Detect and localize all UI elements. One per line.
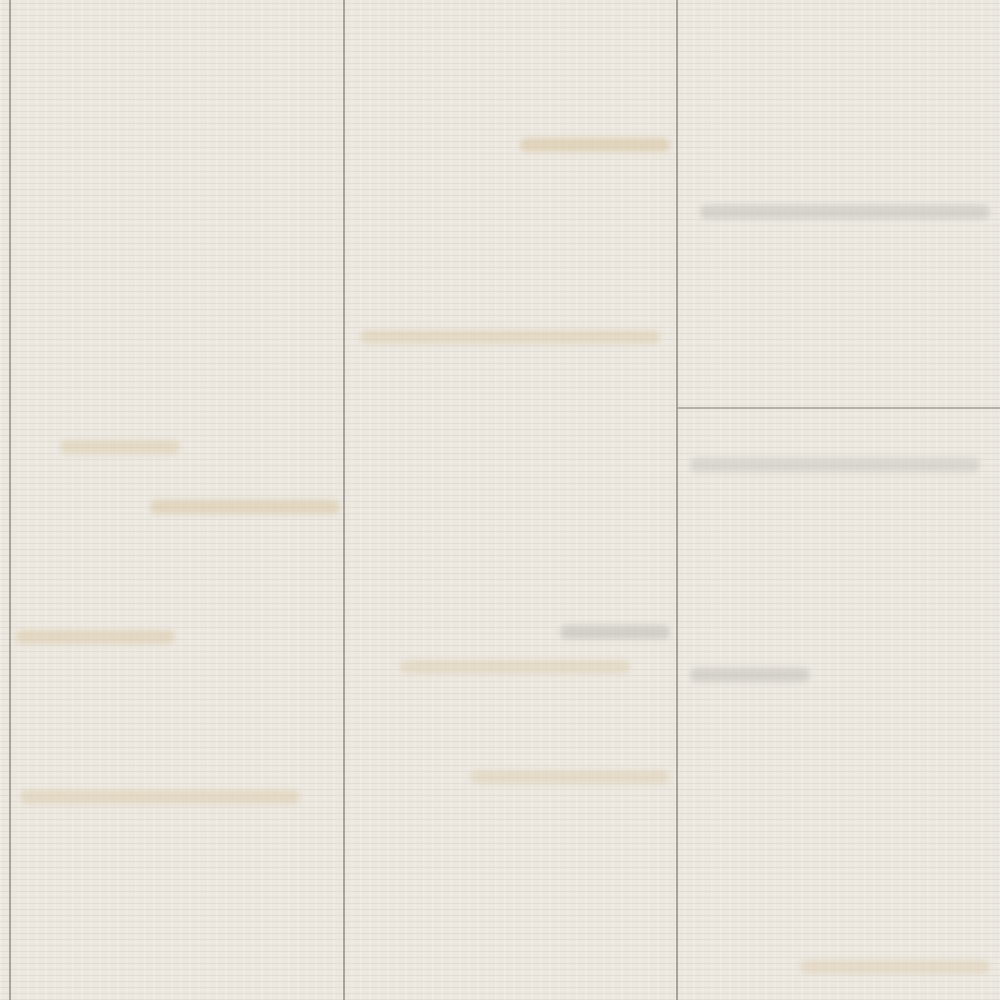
tan-streak [360,330,660,344]
gray-streak [690,668,810,682]
plank-seam [9,0,11,1000]
tan-streak [470,770,670,784]
gray-streak [700,205,990,219]
tan-streak [150,500,340,514]
plank-joint [678,407,1000,409]
tan-streak [15,630,175,644]
tan-streak [60,440,180,454]
wood-plank-texture [0,0,1000,1000]
tan-streak [800,960,990,974]
plank-seam [676,0,678,1000]
tan-streak [400,660,630,674]
gray-streak [690,458,980,472]
tan-streak [20,790,300,804]
gray-streak [560,625,670,639]
plank-seam [343,0,345,1000]
tan-streak [520,138,670,152]
plank-right [678,0,1000,1000]
